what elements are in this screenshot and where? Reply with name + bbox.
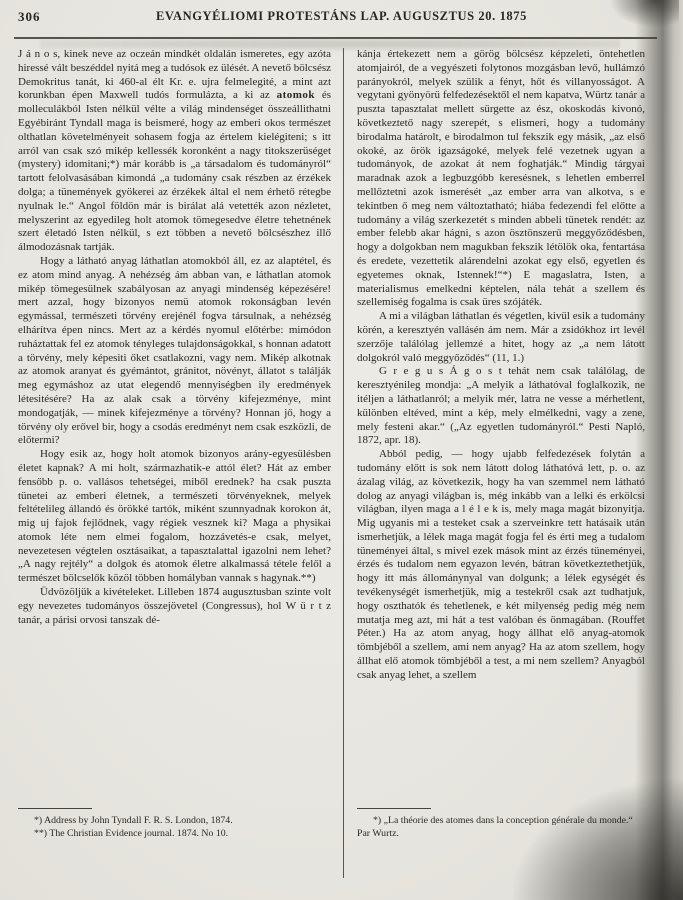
page-number: 306: [18, 9, 41, 25]
right-column-body: kánja értekezett nem a görög bölcsész ké…: [357, 48, 645, 804]
footnote: **) The Christian Evidence journal. 1874…: [18, 827, 331, 840]
scanned-journal-page: 306 EVANGYÉLIOMI PROTESTÁNS LAP. AUGUSZT…: [0, 0, 683, 900]
footnote: *) „La théorie des atomes dans la concep…: [357, 814, 645, 840]
footnote-rule: [357, 808, 431, 809]
left-footnote-block: *) Address by John Tyndall F. R. S. Lond…: [18, 804, 331, 878]
paragraph: G r e g u s Á g o s t tehát nem csak tal…: [357, 365, 645, 448]
paragraph: Abból pedig, — hogy ujabb felfedezések f…: [357, 448, 645, 683]
bold-word: atomok: [277, 89, 315, 101]
right-column: kánja értekezett nem a görög bölcsész ké…: [343, 48, 645, 878]
header-rule: [14, 37, 657, 39]
paragraph-text: és molleculákból Isten nélkül vélte a vi…: [18, 89, 331, 253]
paragraph: Üdvözöljük a kivételeket. Lilleben 1874 …: [18, 586, 331, 627]
paragraph: kánja értekezett nem a görög bölcsész ké…: [357, 48, 645, 310]
paragraph: J á n o s, kinek neve az oczeán mindkét …: [18, 48, 331, 255]
journal-title: EVANGYÉLIOMI PROTESTÁNS LAP. AUGUSZTUS 2…: [0, 9, 683, 24]
left-column-body: J á n o s, kinek neve az oczeán mindkét …: [18, 48, 331, 804]
footnote: *) Address by John Tyndall F. R. S. Lond…: [18, 814, 331, 827]
page-header: 306 EVANGYÉLIOMI PROTESTÁNS LAP. AUGUSZT…: [0, 0, 683, 34]
paragraph: Hogy a látható anyag láthatlan atomokból…: [18, 255, 331, 448]
paragraph: A mi a világban láthatlan és végetlen, k…: [357, 310, 645, 365]
footnote-rule: [18, 808, 92, 809]
paragraph: Hogy esik az, hogy holt atomok bizonyos …: [18, 448, 331, 586]
right-footnote-block: *) „La théorie des atomes dans la concep…: [357, 804, 645, 878]
text-columns: J á n o s, kinek neve az oczeán mindkét …: [18, 48, 683, 878]
left-column: J á n o s, kinek neve az oczeán mindkét …: [18, 48, 331, 878]
